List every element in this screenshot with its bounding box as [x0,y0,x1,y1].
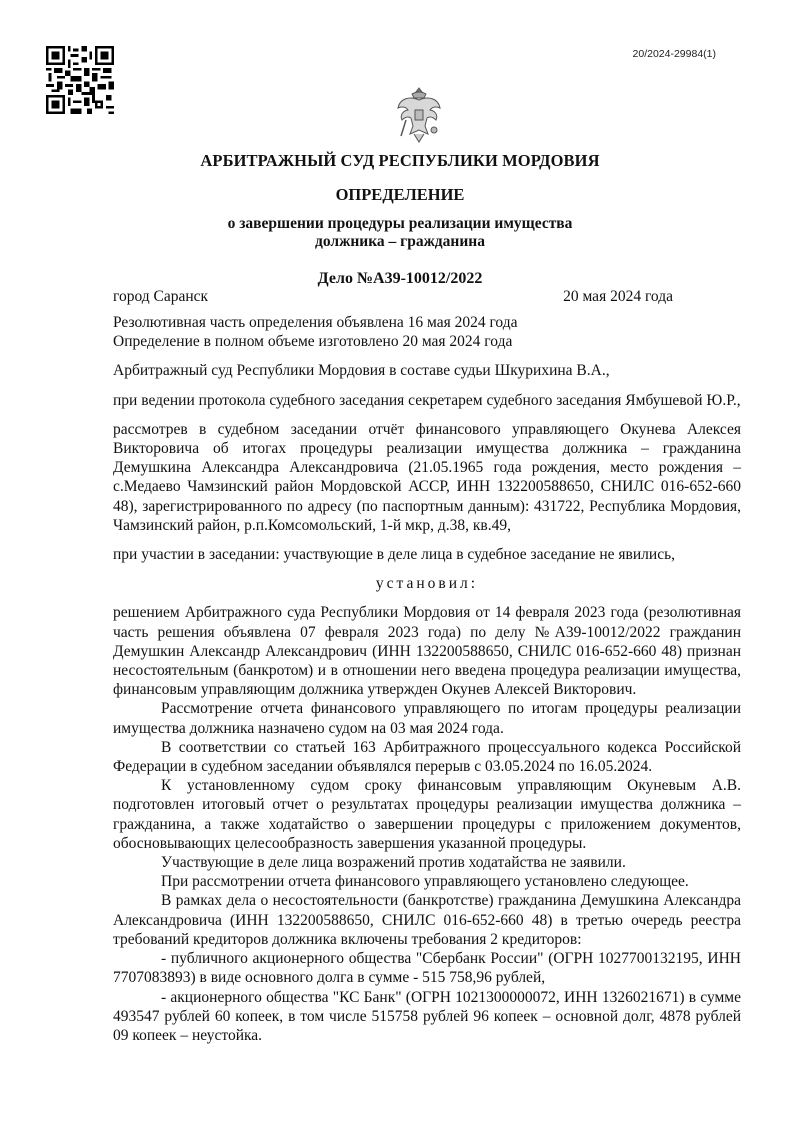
document-type: ОПРЕДЕЛЕНИЕ [0,185,800,205]
paragraph-secretary: при ведении протокола судебного заседани… [113,391,741,410]
subtitle-line-1: о завершении процедуры реализации имущес… [0,215,800,233]
paragraph-established-following: При рассмотрении отчета финансового упра… [113,872,741,891]
paragraph-court-composition: Арбитражный суд Республики Мордовия в со… [113,361,741,380]
paragraph-final-report: К установленному судом сроку финансовым … [113,776,741,853]
paragraph-creditor-ks-bank: - акционерного общества "КС Банк" (ОГРН … [113,988,741,1046]
case-number: Дело №А39-10012/2022 [0,270,800,288]
paragraph-participation: при участии в заседании: участвующие в д… [113,545,741,564]
paragraph-decision: решением Арбитражного суда Республики Мо… [113,603,741,699]
paragraph-considering: рассмотрев в судебном заседании отчёт фи… [113,420,741,535]
paragraph-creditors-register: В рамках дела о несостоятельности (банкр… [113,891,741,949]
paragraph-resolution-date: Резолютивная часть определения объявлена… [113,313,741,332]
document-date: 20 мая 2024 года [563,288,673,306]
document-number: 20/2024-29984(1) [633,48,716,60]
qr-code-icon [46,46,114,114]
paragraph-recess: В соответствии со статьей 163 Арбитражно… [113,738,741,776]
city: город Саранск [113,288,208,306]
subtitle-line-2: должника – гражданина [0,233,800,251]
document-subtitle: о завершении процедуры реализации имущес… [0,215,800,251]
section-heading-established: установил: [113,574,741,593]
coat-of-arms-icon [396,86,442,146]
paragraph-no-objections: Участвующие в деле лица возражений проти… [113,853,741,872]
paragraph-creditor-sberbank: - публичного акционерного общества "Сбер… [113,949,741,987]
paragraph-report-scheduled: Рассмотрение отчета финансового управляю… [113,699,741,737]
court-name: АРБИТРАЖНЫЙ СУД РЕСПУБЛИКИ МОРДОВИЯ [0,151,800,171]
document-body: Резолютивная часть определения объявлена… [113,313,741,1045]
paragraph-full-date: Определение в полном объеме изготовлено … [113,332,741,351]
